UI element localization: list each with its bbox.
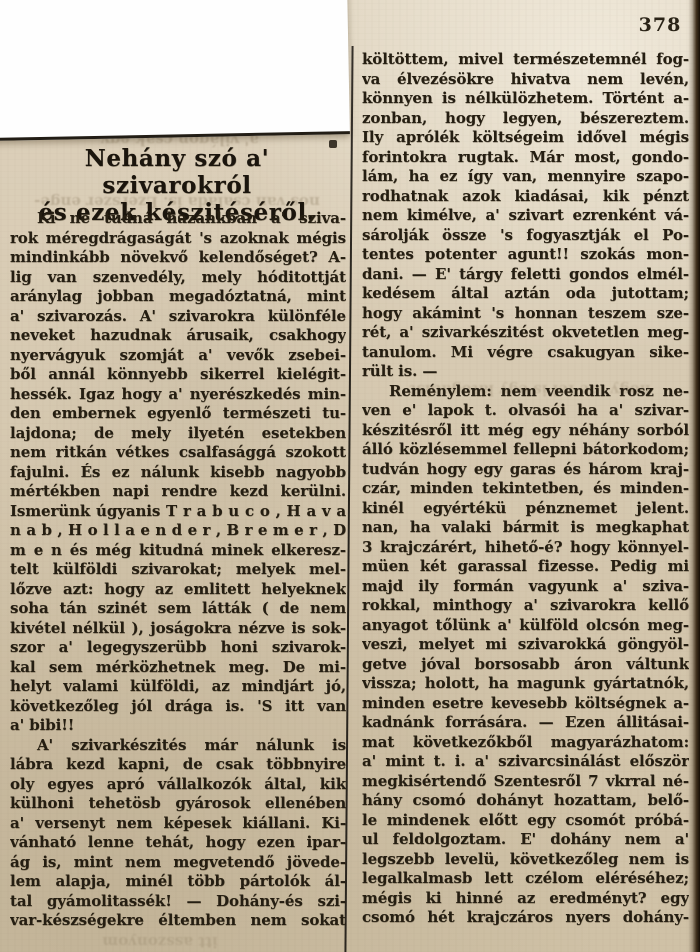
text-line: Reménylem: nem veendik rosz ne-	[362, 382, 689, 402]
text-line: czár, minden tekintetben, és minden-	[362, 479, 689, 499]
text-line: neveket hazudnak árusaik, csakhogy	[10, 326, 346, 346]
text-line: mat következőkből magyarázhatom:	[362, 733, 689, 753]
text-line: var-készségekre éltemben nem sokat	[10, 911, 346, 931]
text-line: ven e' lapok t. olvasói ha a' szivar-	[362, 401, 689, 421]
page-right-edge-shadow	[688, 0, 700, 952]
text-line: den embernek egyenlő természeti tu-	[10, 404, 346, 424]
text-line: majd ily formán vagyunk a' sziva-	[362, 577, 689, 597]
text-line: lig van szenvedély, mely hóditottját	[10, 268, 346, 288]
text-line: aránylag jobban megadóztatná, mint	[10, 287, 346, 307]
left-text-column: Ki ne tudná hazánkban a' sziva-rok méreg…	[10, 209, 346, 931]
text-line: soha tán szinét sem látták ( de nem	[10, 599, 346, 619]
text-line: tal gyámolitassék! — Dohány-és szi-	[10, 892, 346, 912]
page-number: 378	[632, 14, 688, 36]
text-line: zonban, hogy legyen, bészereztem.	[362, 109, 689, 129]
text-line: rült is. —	[362, 362, 689, 382]
text-line: szor a' legegyszerübb honi szivarok-	[10, 638, 346, 658]
text-line: sárolják össze 's fogyasztják el Po-	[362, 226, 689, 246]
text-line: Ismerünk úgyanis T r a b u c o , H a v a…	[10, 502, 346, 522]
text-line: a' versenyt nem képesek kiállani. Ki-	[10, 814, 346, 834]
text-line: tudván hogy egy garas és három kraj-	[362, 460, 689, 480]
text-line: 3 krajczárért, hihető-é? hogy könnyel-	[362, 538, 689, 558]
text-line: va élvezésökre hivatva nem levén,	[362, 70, 689, 90]
text-line: a' bibi!!	[10, 716, 346, 736]
text-line: legalkalmasb lett czélom eléréséhez;	[362, 869, 689, 889]
text-line: mértékben napi rendre kezd kerülni.	[10, 482, 346, 502]
text-line: m e n és még kitudná minek elkeresz-	[10, 541, 346, 561]
text-line: könnyen is nélkülözhetem. Történt a-	[362, 89, 689, 109]
text-line: kadnánk forrására. — Ezen állitásai-	[362, 713, 689, 733]
text-line: minden esetre kevesebb költségnek a-	[362, 694, 689, 714]
text-line: külhoni tehetösb gyárosok ellenében	[10, 794, 346, 814]
text-line: rokkal, minthogy a' szivarokra kellő	[362, 596, 689, 616]
text-line: n a b , H o l l a e n d e r , B r e m e …	[10, 521, 346, 541]
text-line: anyagot tőlünk a' külföld olcsón meg-	[362, 616, 689, 636]
text-line: lám, ha ez így van, mennyire szapo-	[362, 167, 689, 187]
text-line: ből annál könnyebb sikerrel kielégit-	[10, 365, 346, 385]
text-line: veszi, melyet mi szivarokká göngyöl-	[362, 635, 689, 655]
bleedthrough-text: itt asszonyom	[60, 933, 260, 951]
text-line: tentes potenter agunt!! szokás mon-	[362, 245, 689, 265]
article-heading-line-1: Nehány szó a' szivarokról	[8, 145, 346, 199]
text-line: megkisértendő Szentesről 7 vkrral né-	[362, 772, 689, 792]
text-line: költöttem, mivel természetemnél fog-	[362, 50, 689, 70]
text-line: nan, ha valaki bármit is megkaphat	[362, 518, 689, 538]
text-line: forintokra rugtak. Már most, gondo-	[362, 148, 689, 168]
text-line: a' szivarozás. A' szivarokra különféle	[10, 307, 346, 327]
scanned-newspaper-page: { "page_number": "378", "heading": { "li…	[0, 0, 700, 952]
text-line: kedésem által aztán oda jutottam;	[362, 284, 689, 304]
text-line: nyervágyuk szomját a' vevők zsebei-	[10, 346, 346, 366]
text-line: nem ritkán vétkes csalfasággá szokott	[10, 443, 346, 463]
text-line: Ki ne tudná hazánkban a' sziva-	[10, 209, 346, 229]
text-line: oly egyes apró vállalkozók által, kik	[10, 775, 346, 795]
text-line: vánható lenne tehát, hogy ezen ipar-	[10, 833, 346, 853]
text-line: lajdona; de mely ilyetén esetekben	[10, 424, 346, 444]
text-line: le mindenek előtt egy csomót próbá-	[362, 811, 689, 831]
text-line: nem kimélve, a' szivart ezrenként vá-	[362, 206, 689, 226]
text-line: hessék. Igaz hogy a' nyerészkedés min-	[10, 385, 346, 405]
text-line: ul feldolgoztam. E' dohány nem a'	[362, 830, 689, 850]
text-line: készitésről itt még egy néhány sorból	[362, 421, 689, 441]
text-line: Ily aprólék költségeim idővel mégis	[362, 128, 689, 148]
text-line: csomó hét krajczáros nyers dohány-	[362, 908, 689, 928]
text-line: álló közlésemmel fellepni bátorkodom;	[362, 440, 689, 460]
text-line: dani. — E' tárgy feletti gondos elmél-	[362, 265, 689, 285]
text-line: rodhatnak azok kiadásai, kik pénzt	[362, 187, 689, 207]
text-line: hány csomó dohányt hozattam, belő-	[362, 791, 689, 811]
text-line: következőleg jól drága is. 'S itt van	[10, 697, 346, 717]
text-line: legszebb levelü, következőleg nem is	[362, 850, 689, 870]
text-line: vissza; holott, ha magunk gyártatnók,	[362, 674, 689, 694]
text-line: kinél egyértékü pénznemet jelent. Hon-	[362, 499, 689, 519]
scan-white-margin	[0, 0, 350, 141]
text-line: ág is, mint nem megvetendő jövede-	[10, 853, 346, 873]
text-line: getve jóval borsosabb áron váltunk	[362, 655, 689, 675]
text-line: lábra kezd kapni, de csak többnyire	[10, 755, 346, 775]
text-line: mégis ki hinné az eredményt? egy	[362, 889, 689, 909]
text-line: a' mint t. i. a' szivarcsinálást először	[362, 752, 689, 772]
text-line: kivétel nélkül ), joságokra nézve is sok…	[10, 619, 346, 639]
text-line: rok méregdrágaságát 's azoknak mégis	[10, 229, 346, 249]
text-line: rét, a' szivarkészitést okvetetlen meg-	[362, 323, 689, 343]
text-line: A' szivarkészités már nálunk is	[10, 736, 346, 756]
text-line: helyt valami külföldi, az mindjárt jó,	[10, 677, 346, 697]
text-line: kal sem mérközhetnek meg. De mi-	[10, 658, 346, 678]
text-line: müen két garassal fizesse. Pedig mi	[362, 557, 689, 577]
text-line: hogy akámint 's honnan teszem sze-	[362, 304, 689, 324]
text-line: tanulom. Mi végre csakugyan sike-	[362, 343, 689, 363]
text-line: fajulni. És ez nálunk kisebb nagyobb	[10, 463, 346, 483]
text-line: mindinkább növekvő kelendőséget? A-	[10, 248, 346, 268]
right-text-column: költöttem, mivel természetemnél fog-va é…	[362, 50, 689, 928]
text-line: telt külföldi szivarokat; melyek mel-	[10, 560, 346, 580]
text-line: lem alapja, minél több pártolók ál-	[10, 872, 346, 892]
text-line: lőzve azt: hogy az emlitett helyeknek	[10, 580, 346, 600]
